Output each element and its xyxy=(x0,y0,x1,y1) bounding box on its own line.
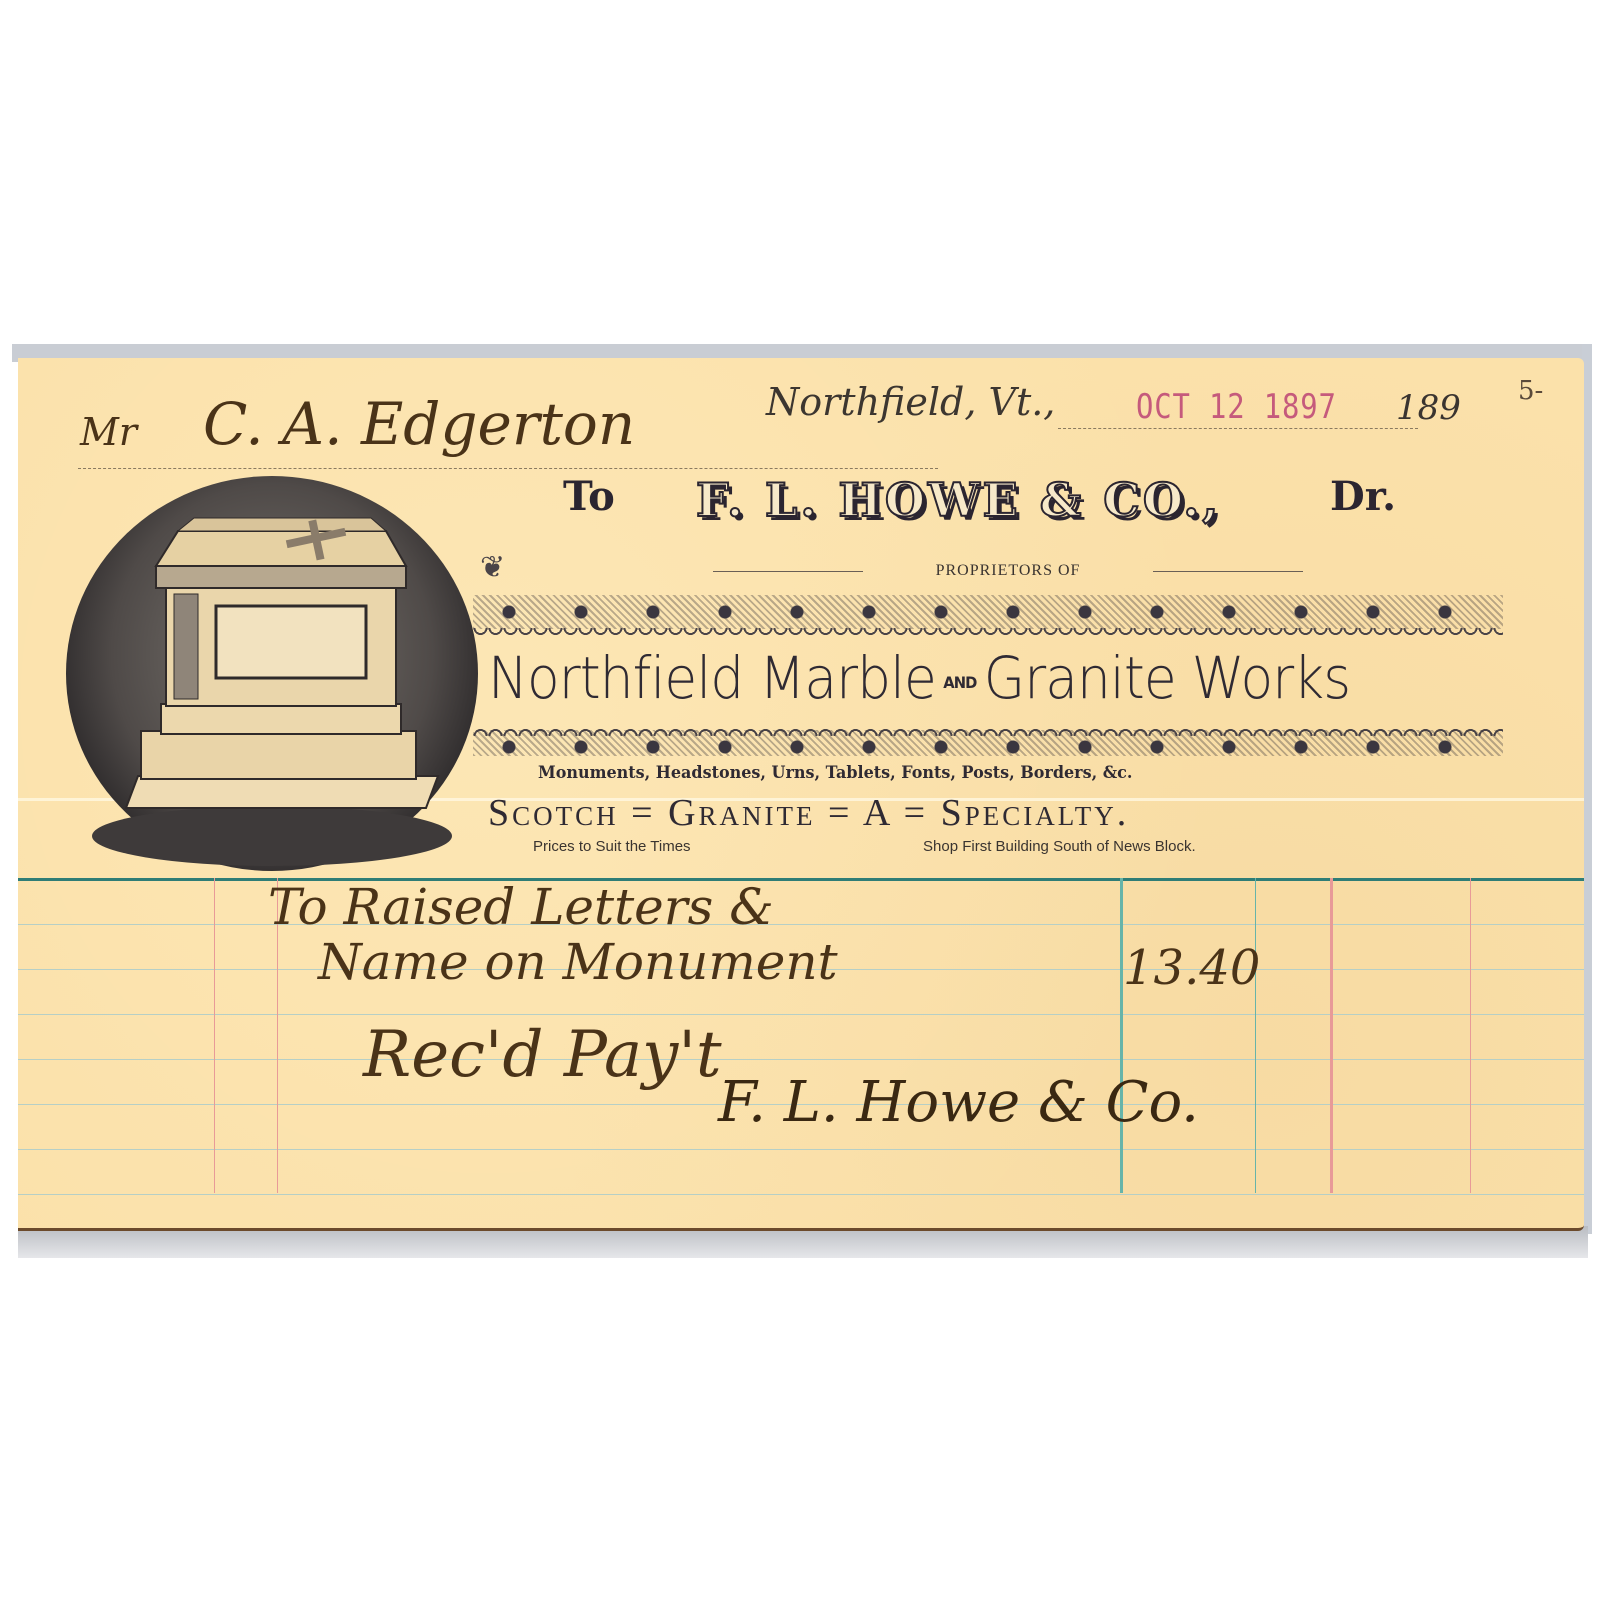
proprietors-rule-right xyxy=(1153,571,1303,572)
ledger-rule-line xyxy=(18,1014,1584,1015)
column-line-red xyxy=(1470,878,1471,1193)
year-prefix: 189 xyxy=(1396,388,1461,428)
tagline-prices: Prices to Suit the Times xyxy=(533,838,691,855)
debtor-label: Dr. xyxy=(1330,473,1396,520)
line-item-description-2: Name on Monument xyxy=(318,933,838,991)
customer-name: C. A. Edgerton xyxy=(203,390,635,458)
billhead-paper: Mr C. A. Edgerton Northfield, Vt., OCT 1… xyxy=(18,358,1584,1231)
customer-dotted-line xyxy=(78,468,938,469)
column-line-teal xyxy=(1255,878,1256,1193)
ledger-header-rule xyxy=(18,878,1584,881)
to-label: To xyxy=(563,473,615,520)
proprietors-label: PROPRIETORS OF xyxy=(713,562,1303,580)
works-title: Northfield MarbleANDGranite Works xyxy=(488,644,1350,712)
line-item-amount: 13.40 xyxy=(1123,940,1260,996)
date-stamp: OCT 12 1897 xyxy=(1136,387,1337,427)
decorative-band-bottom xyxy=(473,730,1503,756)
place-label: Northfield, Vt., xyxy=(766,380,1055,424)
and-ligature: AND xyxy=(943,673,976,692)
tagline-shop-location: Shop First Building South of News Block. xyxy=(923,838,1196,855)
ledger-rule-line xyxy=(18,1059,1584,1060)
products-list: Monuments, Headstones, Urns, Tablets, Fo… xyxy=(538,763,1132,783)
received-payment-note: Rec'd Pay't xyxy=(363,1018,722,1092)
customer-prefix: Mr xyxy=(80,410,137,454)
scallop-border-top xyxy=(473,628,1503,640)
column-line-red xyxy=(1330,878,1333,1193)
margin-line-red xyxy=(214,878,215,1193)
date-dotted-line xyxy=(1058,428,1418,429)
line-item-description-1: To Raised Letters & xyxy=(268,878,774,936)
corner-note: 5- xyxy=(1518,376,1543,406)
signature: F. L. Howe & Co. xyxy=(718,1070,1199,1135)
column-line-teal xyxy=(1120,878,1123,1193)
proprietors-rule-left xyxy=(713,571,863,572)
flourish-ornament-icon: ❦ xyxy=(480,550,505,585)
ledger-rule-line xyxy=(18,1149,1584,1150)
monument-engraving-icon xyxy=(66,476,478,871)
firm-name: F. L. HOWE & CO., xyxy=(696,473,1221,527)
specialty-line: Scotch = Granite = A = Specialty. xyxy=(488,791,1129,835)
ledger-rule-line xyxy=(18,1194,1584,1195)
decorative-band-top xyxy=(473,595,1503,629)
ledger-rule-line xyxy=(18,924,1584,925)
